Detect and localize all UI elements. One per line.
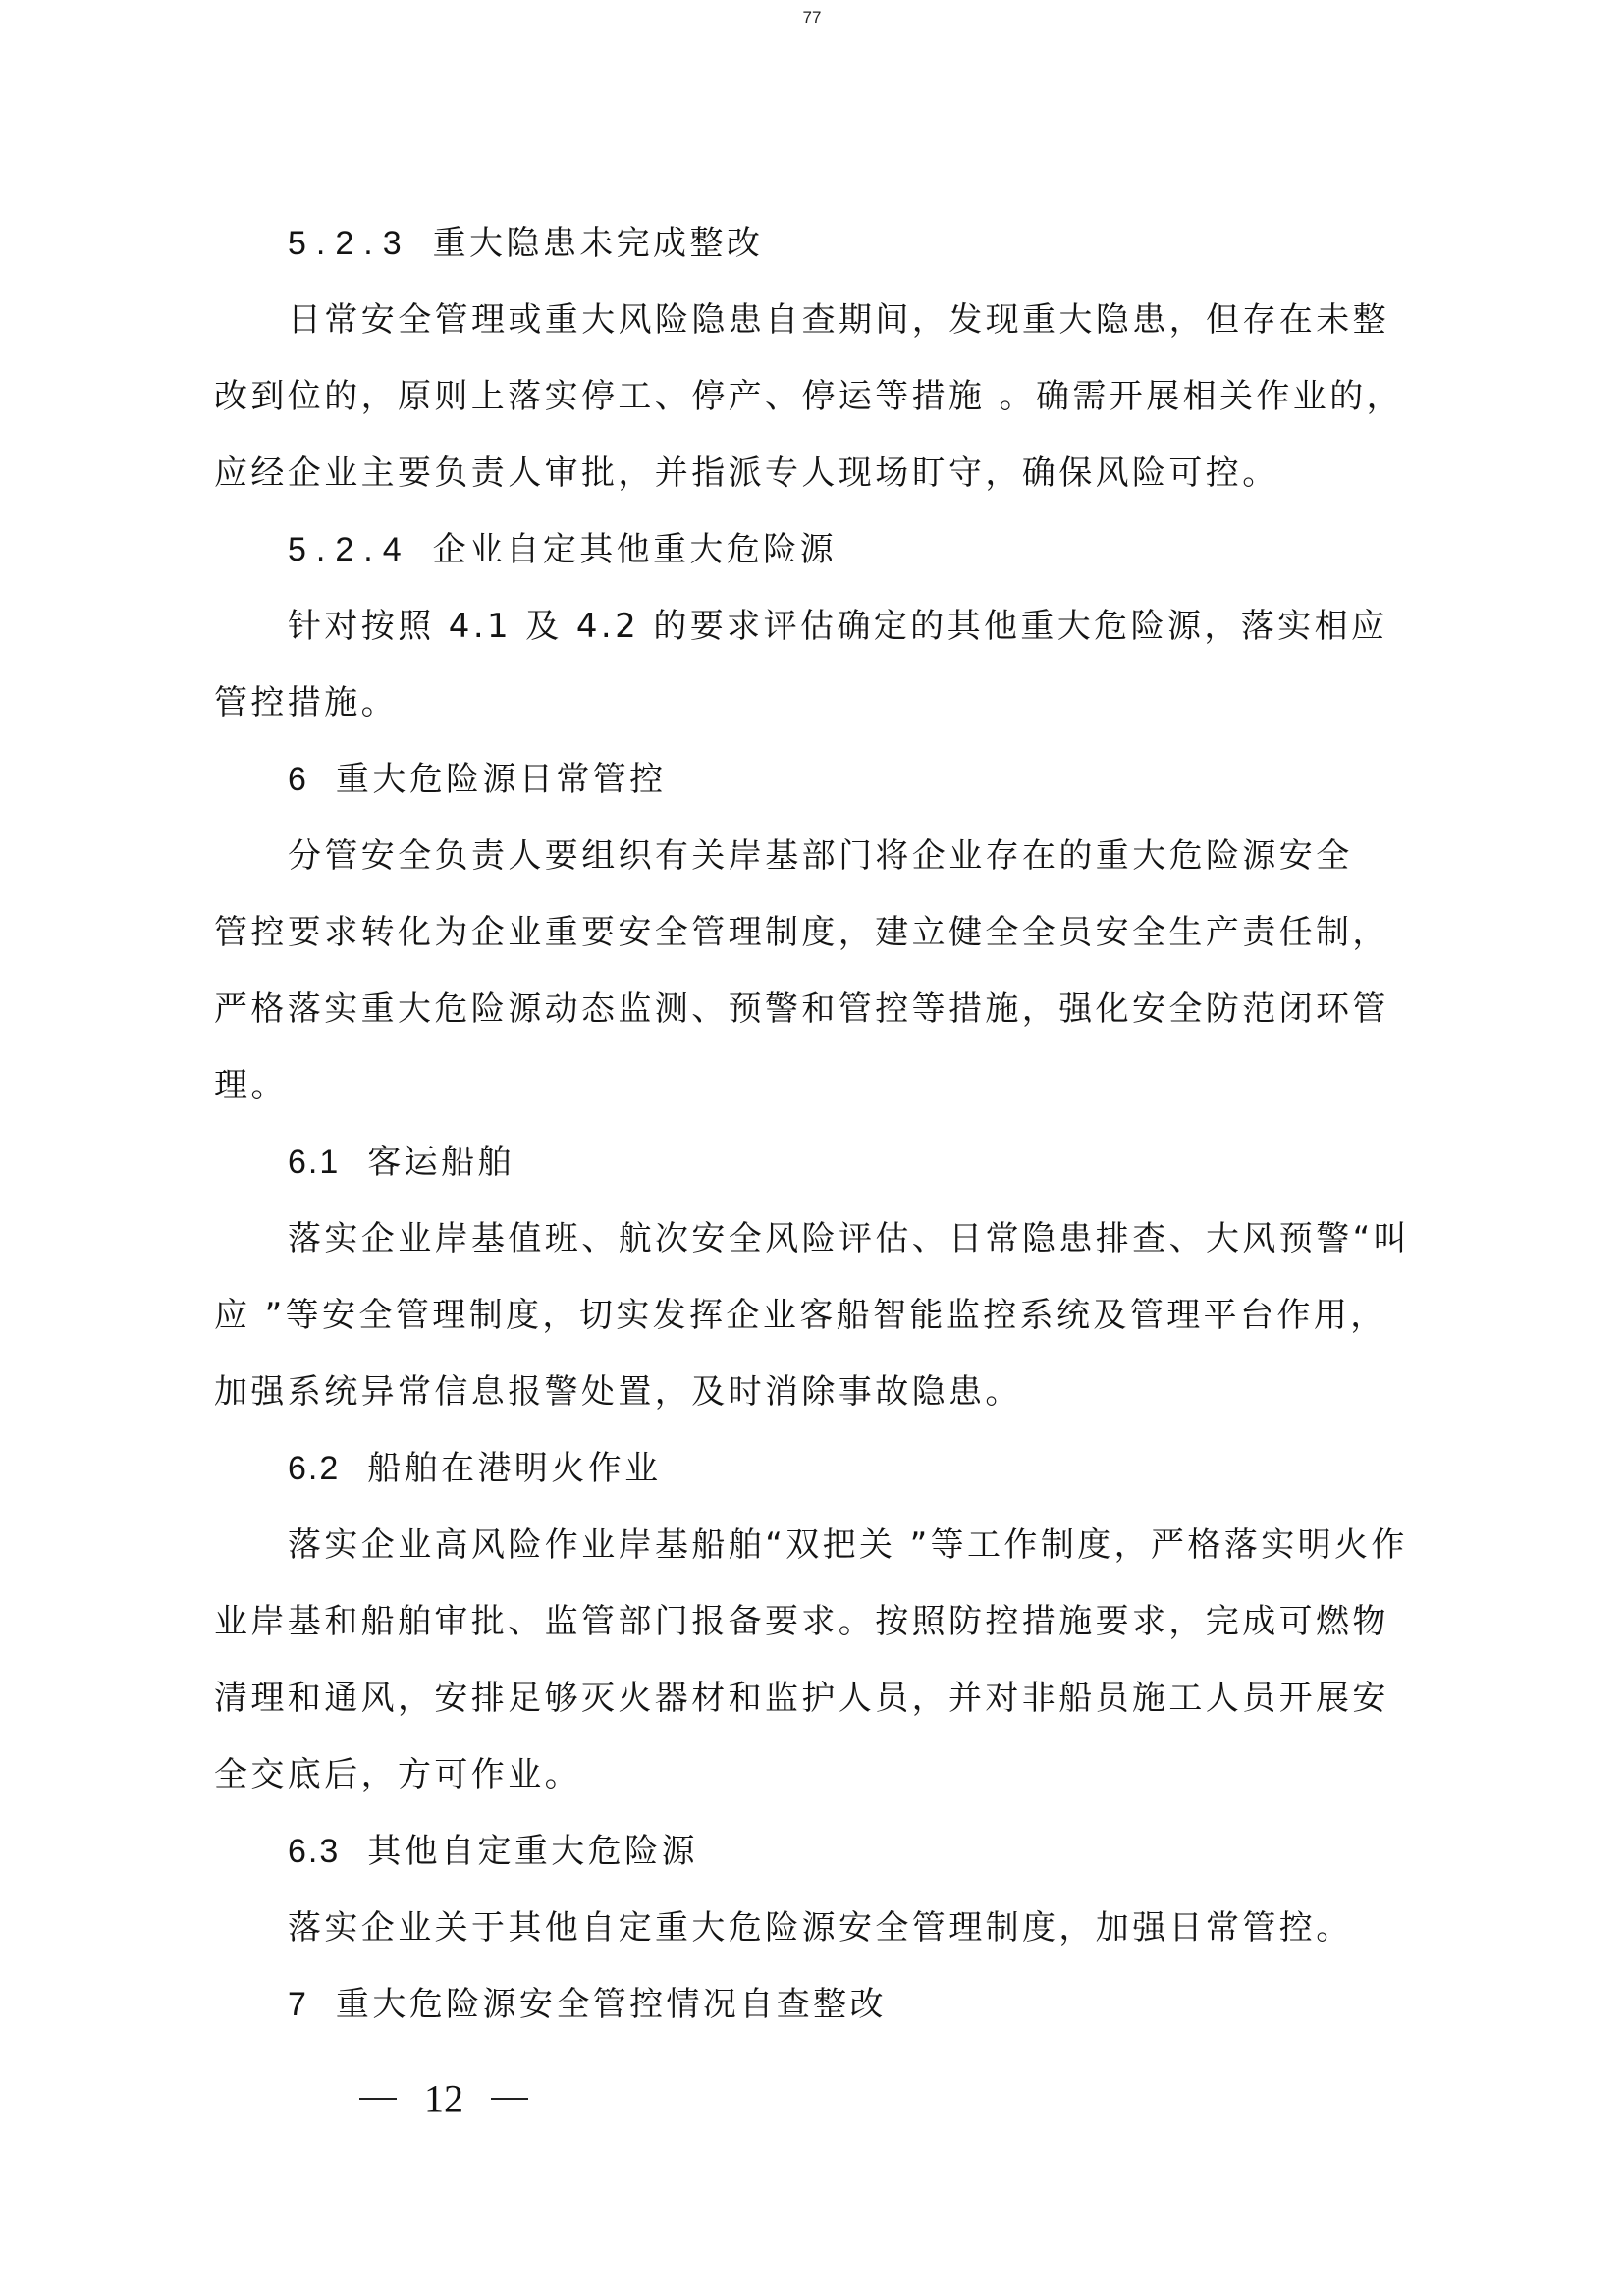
- section-title: 企业自定其他重大危险源: [433, 530, 837, 569]
- paragraph-line: 理。: [214, 1066, 288, 1105]
- section-number: 6.2: [288, 1449, 340, 1488]
- paragraph-line: 业岸基和船舶审批、监管部门报备要求。按照防控措施要求，完成可燃物: [214, 1602, 1389, 1641]
- paragraph-line: 管控措施。: [214, 683, 398, 722]
- section-heading-7: 7重大危险源安全管控情况自查整改: [288, 1985, 887, 2024]
- dash-left: [359, 2098, 397, 2100]
- section-heading-5-2-3: 5.2.3重大隐患未完成整改: [288, 224, 763, 263]
- section-title: 其他自定重大危险源: [367, 1832, 698, 1871]
- section-title: 重大隐患未完成整改: [433, 224, 764, 263]
- section-title: 重大危险源安全管控情况自查整改: [336, 1985, 887, 2024]
- paragraph-line: 严格落实重大危险源动态监测、预警和管控等措施，强化安全防范闭环管: [214, 989, 1389, 1029]
- paragraph-line: 加强系统异常信息报警处置，及时消除事故隐患。: [214, 1372, 1022, 1412]
- section-title: 重大危险源日常管控: [336, 760, 667, 799]
- paragraph-line: 管控要求转化为企业重要安全管理制度，建立健全全员安全生产责任制，: [214, 913, 1389, 952]
- section-heading-6: 6重大危险源日常管控: [288, 760, 667, 799]
- section-heading-5-2-4: 5.2.4企业自定其他重大危险源: [288, 530, 837, 569]
- paragraph-line: 落实企业岸基值班、航次安全风险评估、日常隐患排查、大风预警“叫: [288, 1219, 1410, 1258]
- footer-page-number-text: 12: [424, 2076, 463, 2120]
- paragraph-line: 改到位的，原则上落实停工、停产、停运等措施 。确需开展相关作业的，: [214, 377, 1403, 416]
- section-number: 5.2.4: [288, 530, 411, 569]
- section-heading-6-2: 6.2船舶在港明火作业: [288, 1449, 661, 1488]
- section-title: 船舶在港明火作业: [367, 1449, 661, 1488]
- section-number: 5.2.3: [288, 224, 411, 263]
- paragraph-line: 落实企业高风险作业岸基船舶“双把关 ”等工作制度，严格落实明火作: [288, 1525, 1408, 1565]
- section-number: 6.3: [288, 1832, 340, 1871]
- paragraph-line: 应经企业主要负责人审批，并指派专人现场盯守，确保风险可控。: [214, 454, 1279, 493]
- paragraph-line: 全交底后，方可作业。: [214, 1755, 581, 1794]
- section-heading-6-3: 6.3其他自定重大危险源: [288, 1832, 698, 1871]
- section-title: 客运船舶: [367, 1143, 514, 1182]
- paragraph-line: 清理和通风，安排足够灭火器材和监护人员，并对非船员施工人员开展安: [214, 1679, 1389, 1718]
- section-heading-6-1: 6.1客运船舶: [288, 1143, 514, 1182]
- header-page-number: 77: [0, 8, 1624, 27]
- dash-right: [491, 2098, 528, 2100]
- paragraph-line: 日常安全管理或重大风险隐患自查期间，发现重大隐患，但存在未整: [288, 300, 1389, 340]
- section-number: 7: [288, 1985, 308, 2024]
- section-number: 6: [288, 760, 308, 799]
- paragraph-line: 应 ”等安全管理制度，切实发挥企业客船智能监控系统及管理平台作用，: [214, 1296, 1387, 1335]
- footer-page-number: 12: [332, 2071, 556, 2121]
- paragraph-line: 针对按照 4.1 及 4.2 的要求评估确定的其他重大危险源，落实相应: [288, 607, 1387, 646]
- paragraph-line: 落实企业关于其他自定重大危险源安全管理制度，加强日常管控。: [288, 1908, 1353, 1948]
- paragraph-line: 分管安全负责人要组织有关岸基部门将企业存在的重大危险源安全: [288, 836, 1353, 876]
- section-number: 6.1: [288, 1143, 340, 1182]
